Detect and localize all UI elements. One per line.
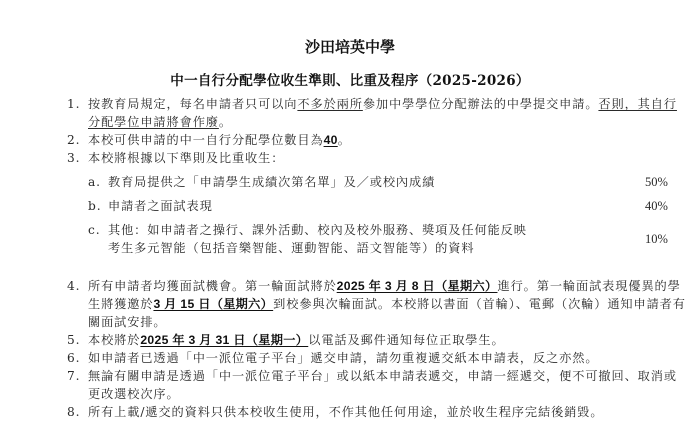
item-number: 3. [67,149,80,167]
list-item-6: 6. 如申請者已透過「中一派位電子平台」遞交申請，請勿重複遞交紙本申請表，反之亦… [67,349,687,367]
criteria-weight: 10% [645,230,668,248]
criteria-weight: 40% [645,197,668,215]
item-number: 5. [67,331,80,349]
criteria-text: 其他：如申請者之操行、課外活動、校內及校外服務、獎項及任何能反映考生多元智能（包… [108,223,527,255]
item-text: 無論有關申請是透過「中一派位電子平台」或以紙本申請表遞交，申請一經遞交，便不可撤… [88,369,677,401]
item-text: 。 [219,115,232,129]
item-number: 7. [67,367,80,385]
criteria-row-c: c. 其他：如申請者之操行、課外活動、校內及校外服務、獎項及任何能反映考生多元智… [67,221,653,257]
list-item-8: 8. 所有上載/遞交的資料只供本校收生使用，不作其他任何用途，並於收生程序完結後… [67,403,687,421]
item-number: 6. [67,349,80,367]
criteria-text: 教育局提供之「申請學生成績次第名單」及／或校內成績 [108,175,435,189]
criteria-row-b: b. 申請者之面試表現 40% [67,197,598,215]
criteria-row-a: a. 教育局提供之「申請學生成績次第名單」及／或校內成績 50% [67,173,598,191]
list-item-5: 5. 本校將於2025 年 3 月 31 日（星期一）以電話及郵件通知每位正取學… [67,331,687,349]
item-text: 所有申請者均獲面試機會。第一輪面試將於 [88,279,337,293]
school-name: 沙田培英中學 [0,36,700,57]
item-text: 所有上載/遞交的資料只供本校收生使用，不作其他任何用途，並於收生程序完結後銷毀。 [88,405,603,419]
item-text: 參加中學學位分配辦法的中學提交申請。 [363,97,599,111]
list-item-3: 3. 本校將根據以下準則及比重收生： [67,149,687,167]
list-item-1: 1. 按教育局規定，每名申請者只可以向不多於兩所參加中學學位分配辦法的中學提交申… [67,95,687,131]
criteria-letter: c. [88,221,101,239]
list-item-4: 4. 所有申請者均獲面試機會。第一輪面試將於2025 年 3 月 8 日（星期六… [67,277,687,331]
item-text: 如申請者已透過「中一派位電子平台」遞交申請，請勿重複遞交紙本申請表，反之亦然。 [88,351,598,365]
criteria-letter: a. [88,173,101,191]
first-interview-date: 2025 年 3 月 8 日（星期六） [337,279,498,293]
places-count: 40 [324,133,338,147]
admission-rules-list: 1. 按教育局規定，每名申請者只可以向不多於兩所參加中學學位分配辦法的中學提交申… [67,95,687,421]
underlined-text: 不多於兩所 [297,97,362,111]
item-text: 本校將於 [88,333,140,347]
notification-date: 2025 年 3 月 31 日（星期一） [140,333,308,347]
item-text: 。 [338,133,351,147]
item-text: 本校可供申請的中一自行分配學位數目為 [88,133,324,147]
item-text: 以電話及郵件通知每位正取學生。 [308,333,504,347]
item-text: 按教育局規定，每名申請者只可以向 [88,97,297,111]
item-number: 1. [67,95,80,113]
item-number: 4. [67,277,80,295]
criteria-letter: b. [88,197,101,215]
second-interview-date: 3 月 15 日（星期六） [153,297,273,311]
list-item-2: 2. 本校可供申請的中一自行分配學位數目為40。 [67,131,687,149]
criteria-text: 申請者之面試表現 [108,199,213,213]
criteria-weight: 50% [645,173,668,191]
item-number: 8. [67,403,80,421]
item-number: 2. [67,131,80,149]
list-item-7: 7. 無論有關申請是透過「中一派位電子平台」或以紙本申請表遞交，申請一經遞交，便… [67,367,687,403]
item-text: 本校將根據以下準則及比重收生： [88,151,284,165]
document-title: 中一自行分配學位收生準則、比重及程序（2025-2026） [0,69,700,89]
